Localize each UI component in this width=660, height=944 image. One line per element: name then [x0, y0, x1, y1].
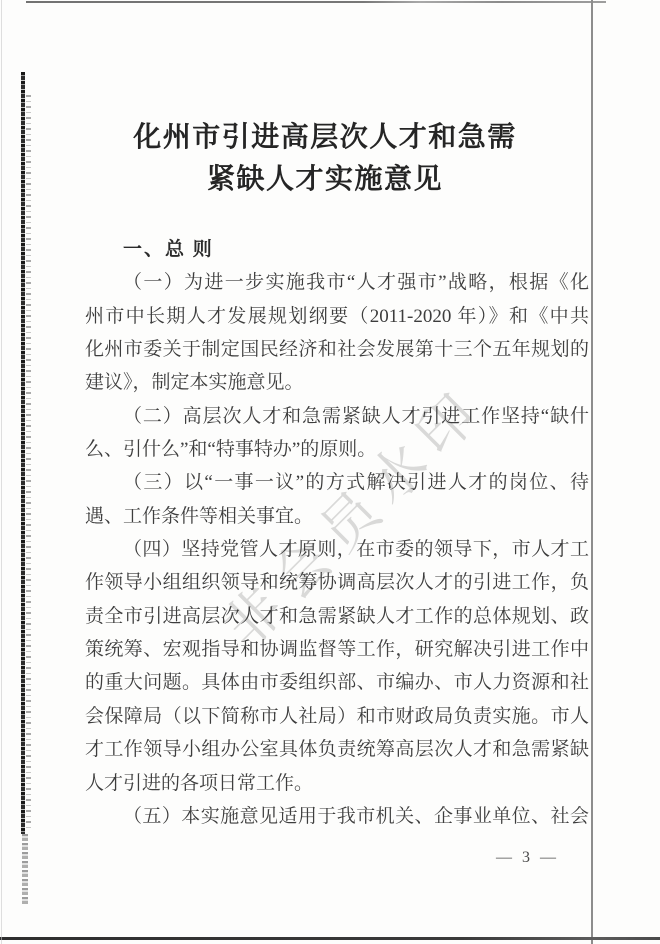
document-page: 非会员水印 化州市引进高层次人才和急需 紧缺人才实施意见 一、总 则 （一）为进… [0, 0, 660, 944]
text-line: 州市中长期人才发展规划纲要（2011-2020 年）》和《中共 [85, 300, 589, 333]
text-line: 的重大问题。具体由市委组织部、市编办、市人力资源和社 [85, 666, 589, 699]
text-line: 策统筹、宏观指导和协调监督等工作，研究解决引进工作中 [85, 633, 589, 666]
text-line: 遇、工作条件等相关事宜。 [85, 500, 589, 533]
text-line: （二）高层次人才和急需紧缺人才引进工作坚持“缺什 [85, 400, 589, 433]
text-line: 责全市引进高层次人才和急需紧缺人才工作的总体规划、政 [85, 600, 589, 633]
binding-artifact-core [21, 72, 25, 834]
text-line: （四）坚持党管人才原则，在市委的领导下，市人才工 [85, 533, 589, 566]
text-line: 作领导小组组织领导和统筹协调高层次人才的引进工作，负 [85, 566, 589, 599]
document-title-line2: 紧缺人才实施意见 [60, 159, 590, 201]
document-body: 一、总 则 （一）为进一步实施我市“人才强市”战略，根据《化 州市中长期人才发展… [85, 233, 589, 833]
binding-artifact-speckle [26, 95, 31, 830]
text-line: 才工作领导小组办公室具体负责统筹高层次人才和急需紧缺 [85, 733, 589, 766]
text-line: 建议》，制定本实施意见。 [85, 366, 589, 399]
text-line: 么、引什么”和“特事特办”的原则。 [85, 433, 589, 466]
text-line: 会保障局（以下简称市人社局）和市财政局负责实施。市人 [85, 700, 589, 733]
scan-left-edge-line [1, 0, 2, 944]
text-line: 化州市委关于制定国民经济和社会发展第十三个五年规划的 [85, 333, 589, 366]
section-heading: 一、总 则 [85, 233, 589, 266]
scan-right-edge-line [591, 0, 593, 944]
document-title-line1: 化州市引进高层次人才和急需 [60, 117, 590, 159]
binding-artifact-tail [22, 834, 28, 906]
text-line: 人才引进的各项日常工作。 [85, 767, 589, 800]
text-line: （五）本实施意见适用于我市机关、企事业单位、社会 [85, 800, 589, 833]
document-title: 化州市引进高层次人才和急需 紧缺人才实施意见 [60, 117, 590, 201]
text-line: （一）为进一步实施我市“人才强市”战略，根据《化 [85, 266, 589, 299]
page-number: — 3 — [496, 849, 559, 867]
scan-bottom-edge-line [0, 937, 660, 940]
scan-top-edge-line [26, 1, 606, 3]
text-line: （三）以“一事一议”的方式解决引进人才的岗位、待 [85, 466, 589, 499]
